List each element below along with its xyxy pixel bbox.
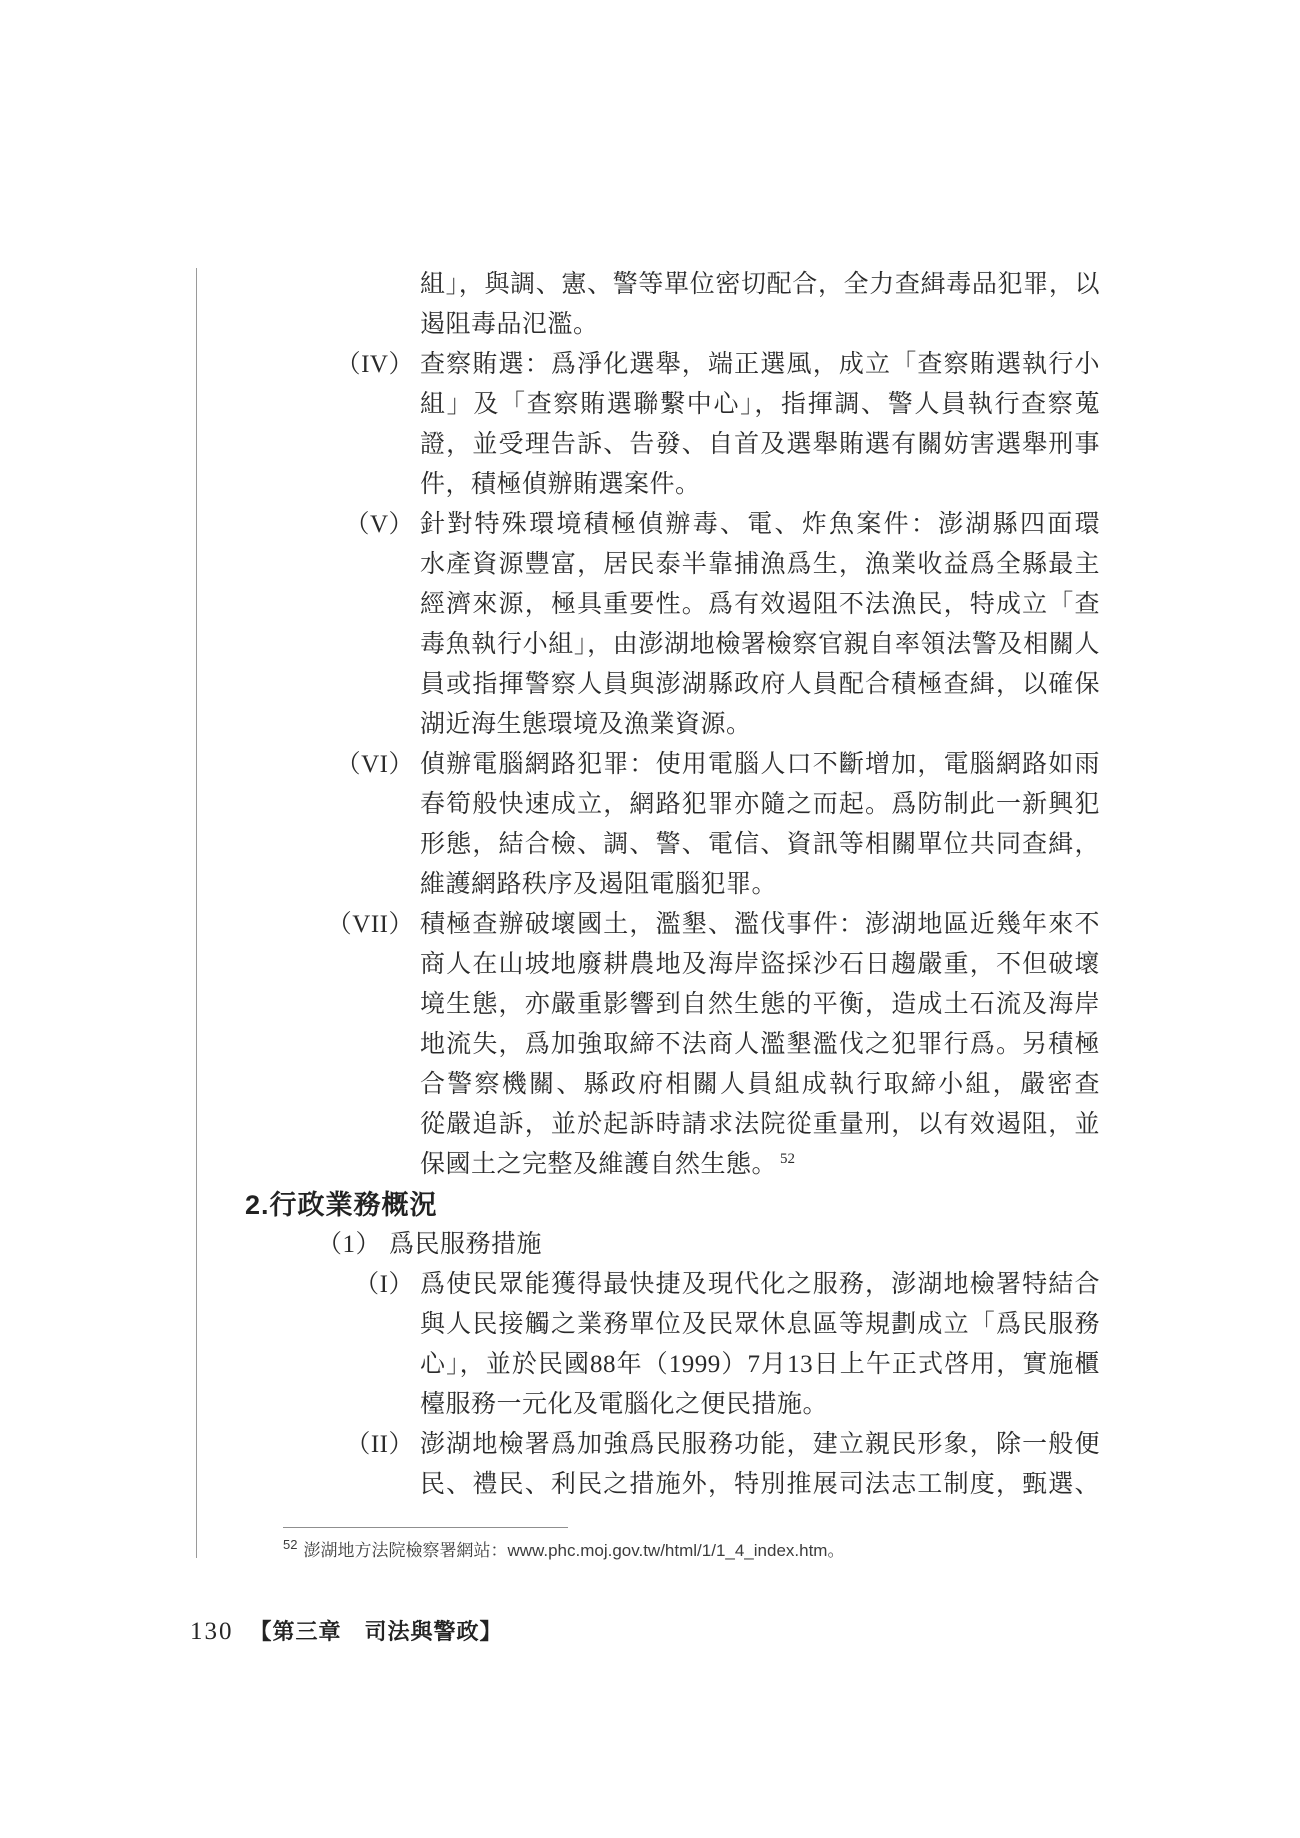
footnote: 52澎湖地方法院檢察署網站：www.phc.moj.gov.tw/html/1/… [283,1538,1083,1564]
item-label: （VII） [0,905,420,1185]
text-line: 澎湖地檢署爲加強爲民服務功能，建立親民形象，除一般便 [420,1425,1100,1465]
text-line: 保國土之完整及維護自然生態。52 [420,1145,1100,1185]
text-line: 偵辦電腦網路犯罪：使用電腦人口不斷增加，電腦網路如雨後 [420,745,1100,785]
item-lines: 爲使民眾能獲得最快捷及現代化之服務，澎湖地檢署特結合 與人民接觸之業務單位及民眾… [420,1265,1100,1425]
text-line: 組」，與調、憲、警等單位密切配合，全力查緝毒品犯罪，以 [420,265,1100,305]
item-lines: 澎湖地檢署爲加強爲民服務功能，建立親民形象，除一般便 民、禮民、利民之措施外，特… [420,1425,1100,1505]
subsection-label: （1） [317,1231,381,1258]
subsection-heading: （1）爲民服務措施 [317,1225,1300,1265]
text-line: 合警察機關、縣政府相關人員組成執行取締小組，嚴密查察， [420,1065,1100,1105]
text-line: 地流失，爲加強取締不法商人濫墾濫伐之犯罪行爲。另積極配 [420,1025,1100,1065]
list-item-vi: （VI） 偵辦電腦網路犯罪：使用電腦人口不斷增加，電腦網路如雨後 春筍般快速成立… [0,745,1300,905]
item-label: （I） [0,1265,420,1425]
text-line: 查察賄選：爲淨化選舉，端正選風，成立「查察賄選執行小 [420,345,1100,385]
text-line: 員或指揮警察人員與澎湖縣政府人員配合積極查緝，以確保澎 [420,665,1100,705]
item-label: （II） [0,1425,420,1505]
page: { "document": { "body": { "continuation_… [0,0,1300,1838]
text-line: 組」及「查察賄選聯繫中心」，指揮調、警人員執行查察蒐 [420,385,1100,425]
footnote-marker: 52 [283,1537,297,1552]
chapter-title: 【第三章 司法與警政】 [250,1615,503,1646]
text-line: 毒魚執行小組」，由澎湖地檢署檢察官親自率領法警及相關人 [420,625,1100,665]
item-lines: 針對特殊環境積極偵辦毒、電、炸魚案件：澎湖縣四面環海， 水產資源豐富，居民泰半靠… [420,505,1100,745]
text-line: 水產資源豐富，居民泰半靠捕漁爲生，漁業收益爲全縣最主要 [420,545,1100,585]
text-line: 遏阻毒品氾濫。 [420,305,1100,345]
item-label: （V） [0,505,420,745]
list-item-iv: （IV） 查察賄選：爲淨化選舉，端正選風，成立「查察賄選執行小 組」及「查察賄選… [0,345,1300,505]
text-line: 積極查辦破壞國土，濫墾、濫伐事件：澎湖地區近幾年來不法 [420,905,1100,945]
text-line: 針對特殊環境積極偵辦毒、電、炸魚案件：澎湖縣四面環海， [420,505,1100,545]
text-line: 湖近海生態環境及漁業資源。 [420,705,1100,745]
item-lines: 查察賄選：爲淨化選舉，端正選風，成立「查察賄選執行小 組」及「查察賄選聯繫中心」… [420,345,1100,505]
item-label: （VI） [0,745,420,905]
item-label: （IV） [0,345,420,505]
list-item-vii: （VII） 積極查辦破壞國土，濫墾、濫伐事件：澎湖地區近幾年來不法 商人在山坡地… [0,905,1300,1185]
list-item-ii: （II） 澎湖地檢署爲加強爲民服務功能，建立親民形象，除一般便 民、禮民、利民之… [0,1425,1300,1505]
text-line: 維護網路秩序及遏阻電腦犯罪。 [420,865,1100,905]
text-line: 件，積極偵辦賄選案件。 [420,465,1100,505]
text-line: 商人在山坡地廢耕農地及海岸盜採沙石日趨嚴重，不但破壞環 [420,945,1100,985]
list-item-i: （I） 爲使民眾能獲得最快捷及現代化之服務，澎湖地檢署特結合 與人民接觸之業務單… [0,1265,1300,1425]
text-line: 檯服務一元化及電腦化之便民措施。 [420,1385,1100,1425]
page-footer: 130 【第三章 司法與警政】 [190,1615,503,1646]
item-lines: 積極查辦破壞國土，濫墾、濫伐事件：澎湖地區近幾年來不法 商人在山坡地廢耕農地及海… [420,905,1100,1185]
footnote-rule [283,1527,568,1528]
text-line: 境生態，亦嚴重影響到自然生態的平衡，造成土石流及海岸土 [420,985,1100,1025]
text-line: 民、禮民、利民之措施外，特別推展司法志工制度，甄選、 [420,1465,1100,1505]
footnote-text: 澎湖地方法院檢察署網站：www.phc.moj.gov.tw/html/1/1_… [303,1541,844,1560]
subsection-title: 爲民服務措施 [389,1231,542,1258]
text-line: 與人民接觸之業務單位及民眾休息區等規劃成立「爲民服務中 [420,1305,1100,1345]
text-span: 保國土之完整及維護自然生態。 [420,1151,777,1178]
text-line: 從嚴追訴，並於起訴時請求法院從重量刑，以有效遏阻，並確 [420,1105,1100,1145]
text-line: 形態，結合檢、調、警、電信、資訊等相關單位共同查緝，以 [420,825,1100,865]
page-number: 130 [190,1618,234,1646]
paragraph-continuation: 組」，與調、憲、警等單位密切配合，全力查緝毒品犯罪，以 遏阻毒品氾濫。 [420,265,1300,345]
text-line: 經濟來源，極具重要性。爲有效遏阻不法漁民，特成立「查緝 [420,585,1100,625]
list-item-v: （V） 針對特殊環境積極偵辦毒、電、炸魚案件：澎湖縣四面環海， 水產資源豐富，居… [0,505,1300,745]
text-line: 心」，並於民國88年（1999）7月13日上午正式啓用，實施櫃 [420,1345,1100,1385]
text-line: 證，並受理告訴、告發、自首及選舉賄選有關妨害選舉刑事案 [420,425,1100,465]
item-lines: 偵辦電腦網路犯罪：使用電腦人口不斷增加，電腦網路如雨後 春筍般快速成立，網路犯罪… [420,745,1100,905]
footnote-ref-superscript: 52 [780,1151,795,1167]
page-body: 組」，與調、憲、警等單位密切配合，全力查緝毒品犯罪，以 遏阻毒品氾濫。 （IV）… [0,265,1300,1505]
section-heading: 2.行政業務概況 [245,1185,1300,1225]
text-line: 春筍般快速成立，網路犯罪亦隨之而起。爲防制此一新興犯罪 [420,785,1100,825]
text-line: 爲使民眾能獲得最快捷及現代化之服務，澎湖地檢署特結合 [420,1265,1100,1305]
